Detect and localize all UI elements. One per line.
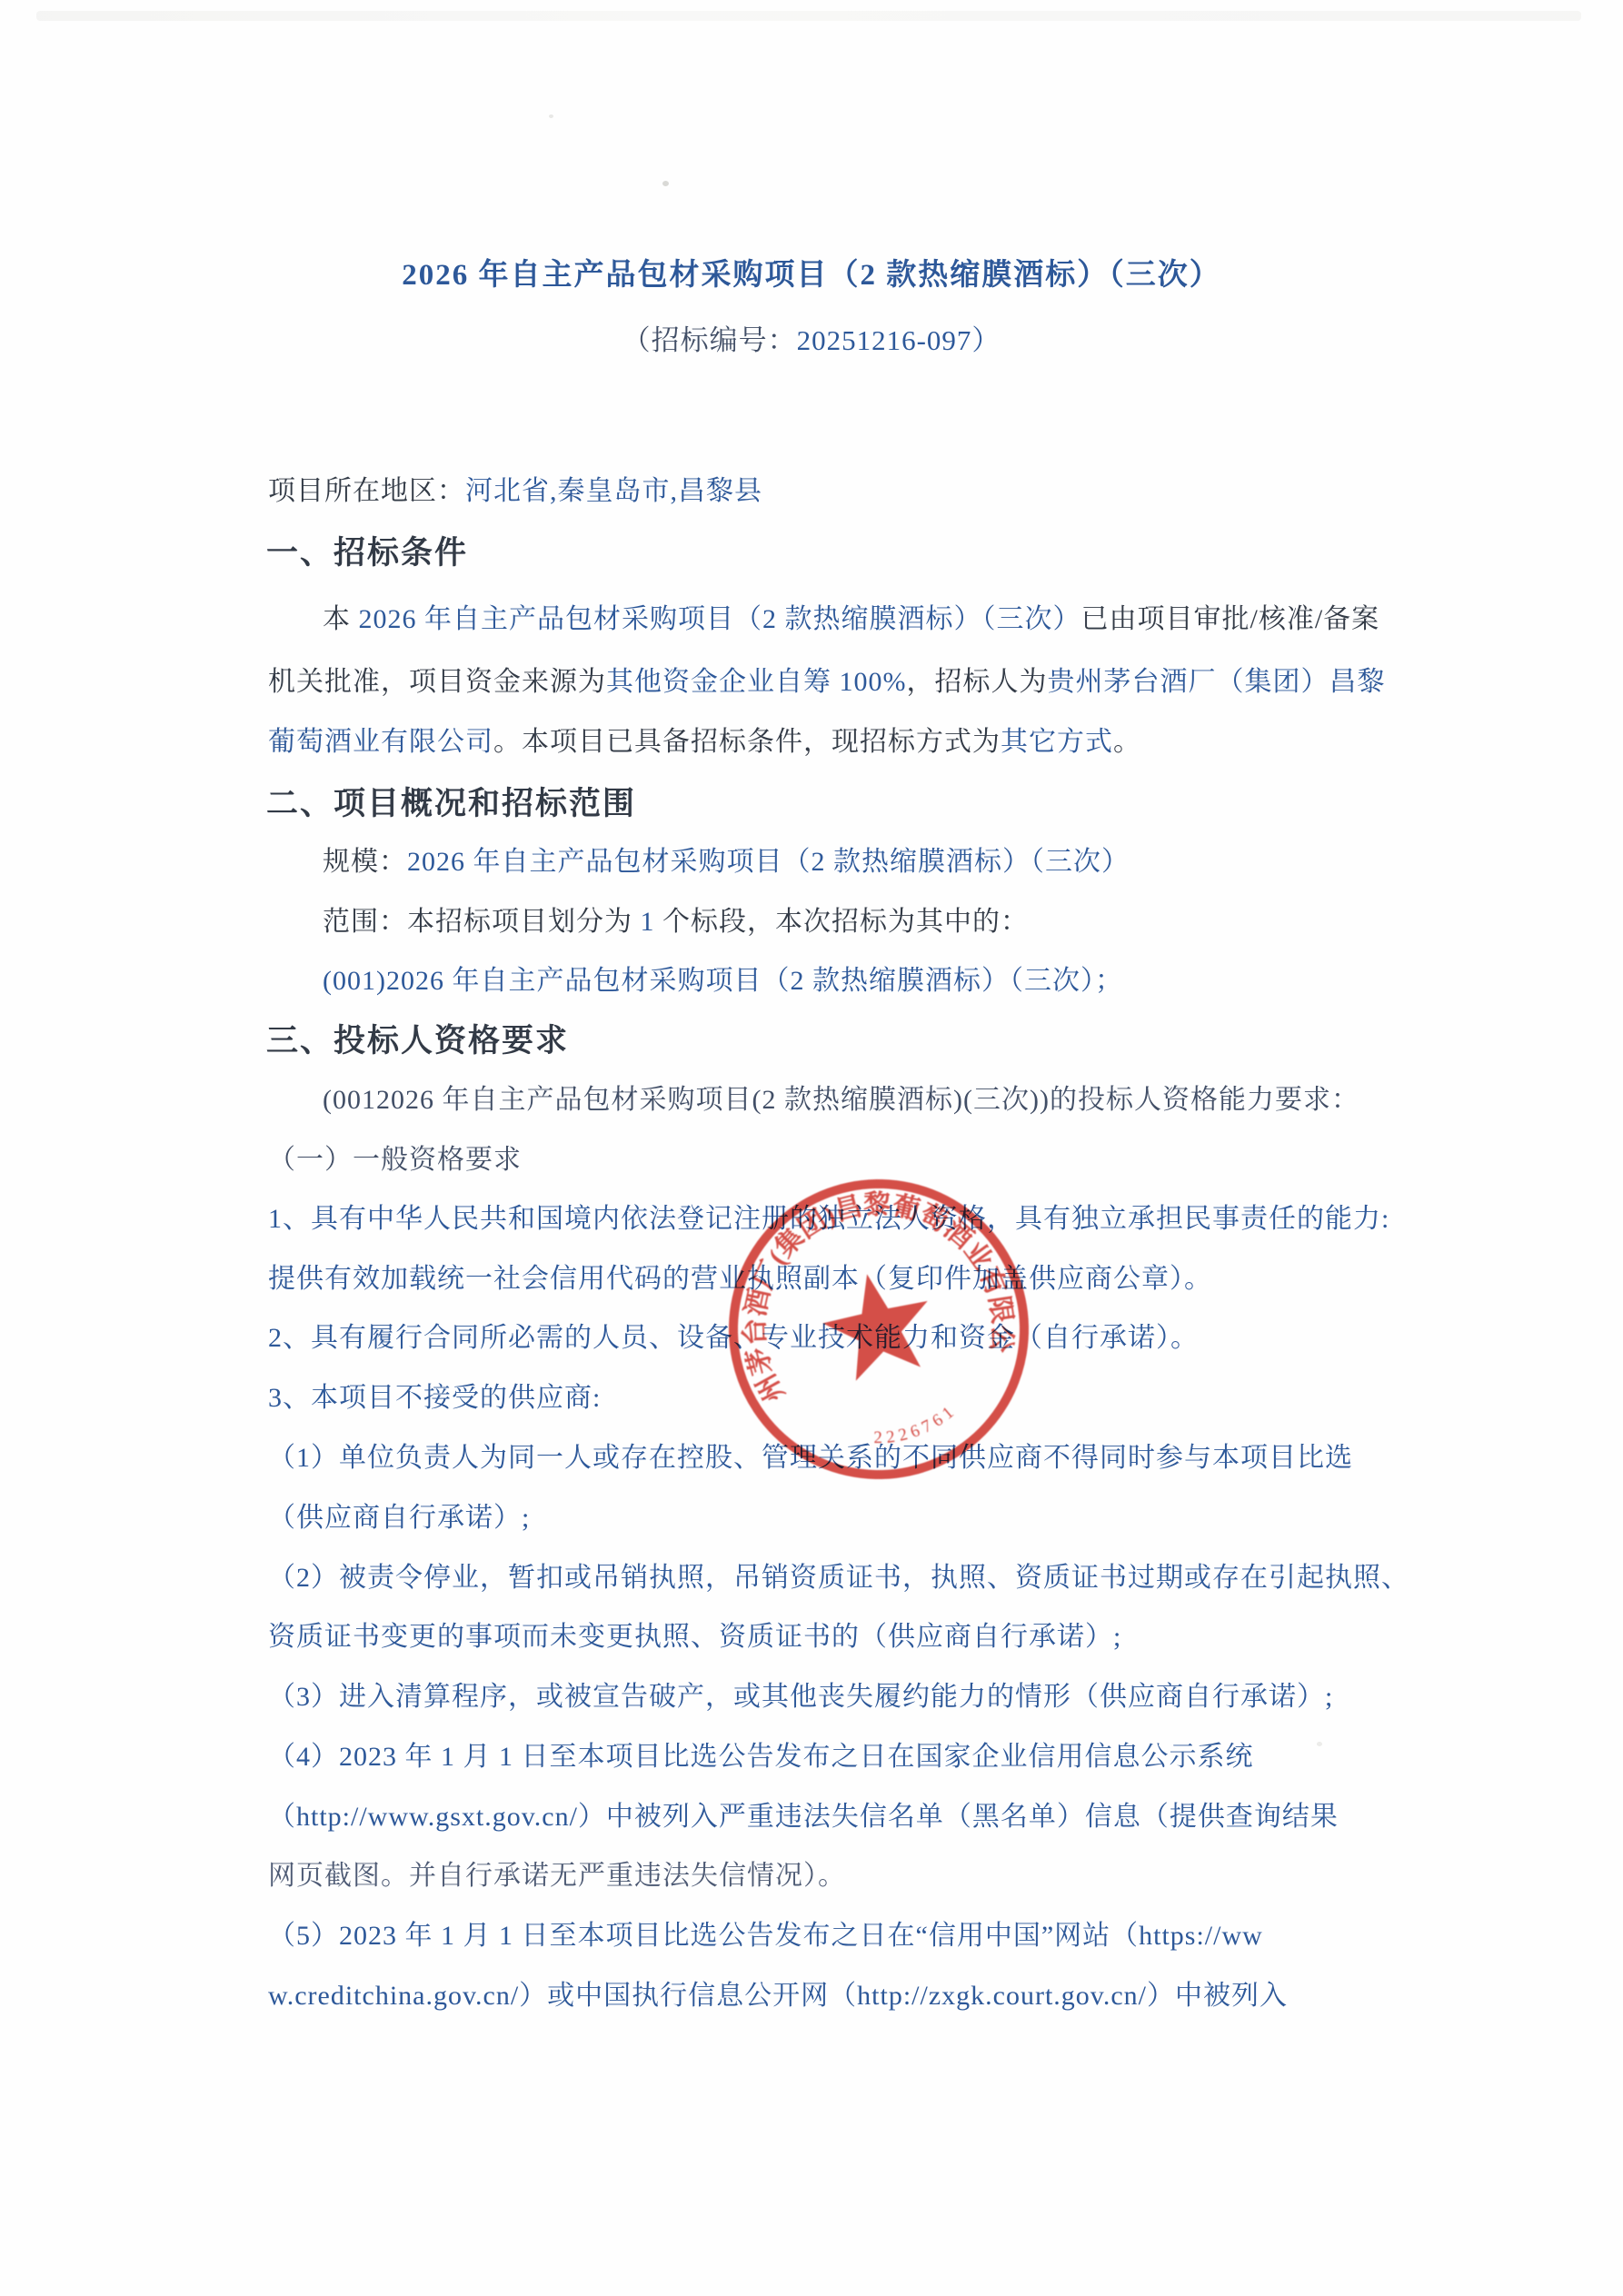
s3-general-heading-segment: （一）一般资格要求 <box>268 1145 522 1175</box>
section-2-heading-segment: 二、项目概况和招标范围 <box>266 786 636 821</box>
tender-number: （招标编号：20251216-097） <box>0 323 1623 357</box>
s3-general-heading: （一）一般资格要求 <box>268 1144 522 1177</box>
s1-line-2-segment: ，招标人为 <box>907 667 1048 697</box>
req-3: 3、本项目不接受的供应商: <box>268 1382 601 1415</box>
req-3-segment: 3、本项目不接受的供应商: <box>268 1383 601 1413</box>
scan-speck <box>549 114 553 118</box>
section-3-heading-segment: 三、投标人资格要求 <box>266 1023 569 1059</box>
section-3-heading: 三、投标人资格要求 <box>266 1022 569 1060</box>
req-3-2a-segment: （2）被责令停业，暂扣或吊销执照，吊销资质证书，执照、资质证书过期或存在引起执照… <box>268 1563 1409 1593</box>
s2-scope-segment: 1 <box>641 907 655 937</box>
s2-lot-001: (001)2026 年自主产品包材采购项目（2 款热缩膜酒标）（三次）； <box>323 965 1123 998</box>
s1-line-2: 机关批准，项目资金来源为其他资金企业自筹 100%，招标人为贵州茅台酒厂（集团）… <box>268 666 1386 699</box>
section-1-heading: 一、招标条件 <box>266 534 468 572</box>
s1-line-3-segment: 葡萄酒业有限公司 <box>268 727 493 757</box>
req-3-5a-segment: （5）2023 年 1 月 1 日至本项目比选公告发布之日在“信用中国”网站（h… <box>268 1921 1263 1951</box>
page: 2026 年自主产品包材采购项目（2 款热缩膜酒标）（三次）（招标编号：2025… <box>0 0 1623 2296</box>
s1-line-2-segment: 贵州茅台酒厂（集团）昌黎 <box>1048 667 1386 697</box>
section-1-heading-segment: 一、招标条件 <box>266 535 468 571</box>
doc-title: 2026 年自主产品包材采购项目（2 款热缩膜酒标）（三次） <box>0 258 1623 294</box>
s2-scale-segment: 2026 年自主产品包材采购项目（2 款热缩膜酒标）（三次） <box>407 847 1130 877</box>
scan-speck <box>1317 1742 1322 1746</box>
tender-number-segment: 20251216-097） <box>797 324 1001 356</box>
req-3-4b: （http://www.gsxt.gov.cn/）中被列入严重违法失信名单（黑名… <box>268 1801 1339 1834</box>
req-3-3: （3）进入清算程序，或被宣告破产，或其他丧失履约能力的情形（供应商自行承诺）; <box>268 1681 1333 1714</box>
req-3-4c-segment: 网页截图。并自行承诺无严重违法失信情况）。 <box>268 1861 846 1891</box>
req-3-2b-segment: 资质证书变更的事项而未变更执照、资质证书的（供应商自行承诺）; <box>268 1622 1121 1652</box>
req-3-2a: （2）被责令停业，暂扣或吊销执照，吊销资质证书，执照、资质证书过期或存在引起执照… <box>268 1562 1409 1595</box>
s2-scope-segment: 个标段，本次招标为其中的： <box>655 907 1030 937</box>
scan-speck <box>662 181 669 186</box>
tender-number-segment: （招标编号： <box>622 324 797 356</box>
project-location: 项目所在地区：河北省,秦皇岛市,昌黎县 <box>268 475 762 508</box>
project-location-segment: 河北省,秦皇岛市,昌黎县 <box>465 476 762 506</box>
s2-scale-segment: 规模： <box>323 847 407 877</box>
req-3-1b: （供应商自行承诺）; <box>268 1502 530 1535</box>
req-3-4c: 网页截图。并自行承诺无严重违法失信情况）。 <box>268 1860 846 1893</box>
req-3-4b-segment: （http://www.gsxt.gov.cn/）中被列入严重违法失信名单（黑名… <box>268 1802 1339 1832</box>
project-location-segment: 项目所在地区： <box>268 476 465 506</box>
s1-line-1: 本 2026 年自主产品包材采购项目（2 款热缩膜酒标）（三次）已由项目审批/核… <box>323 603 1379 636</box>
company-seal-stamp: 贵州茅台酒厂(集团)昌黎葡萄酒业有限公司 2226761 <box>695 1146 1061 1512</box>
s1-line-3-segment: 。本项目已具备招标条件，现招标方式为 <box>493 727 1001 757</box>
seal-serial-number: 2226761 <box>868 1398 965 1451</box>
req-3-5b: w.creditchina.gov.cn/）或中国执行信息公开网（http://… <box>268 1980 1288 2013</box>
doc-title-segment: 2026 年自主产品包材采购项目（2 款热缩膜酒标）（三次） <box>402 259 1221 292</box>
s1-line-1-segment: 2026 年自主产品包材采购项目（2 款热缩膜酒标）（三次） <box>359 604 1081 634</box>
section-2-heading: 二、项目概况和招标范围 <box>266 785 636 823</box>
s1-line-2-segment: 机关批准，项目资金来源为 <box>268 667 606 697</box>
req-3-3-segment: （3）进入清算程序，或被宣告破产，或其他丧失履约能力的情形（供应商自行承诺）; <box>268 1682 1333 1712</box>
req-3-5b-segment: w.creditchina.gov.cn/）或中国执行信息公开网（http://… <box>268 1981 1288 2011</box>
req-3-4a: （4）2023 年 1 月 1 日至本项目比选公告发布之日在国家企业信用信息公示… <box>268 1741 1254 1774</box>
s2-lot-001-segment: (001)2026 年自主产品包材采购项目（2 款热缩膜酒标）（三次）； <box>323 966 1123 996</box>
s1-line-3: 葡萄酒业有限公司。本项目已具备招标条件，现招标方式为其它方式。 <box>268 726 1141 759</box>
s1-line-3-segment: 其它方式 <box>1001 727 1113 757</box>
s2-scope-segment: 范围：本招标项目划分为 <box>323 907 641 937</box>
s2-scale: 规模：2026 年自主产品包材采购项目（2 款热缩膜酒标）（三次） <box>323 846 1130 879</box>
s1-line-1-segment: 已由项目审批/核准/备案 <box>1081 604 1380 634</box>
s1-line-1-segment: 本 <box>323 604 359 634</box>
red-star-icon <box>814 1263 941 1385</box>
s1-line-3-segment: 。 <box>1113 727 1141 757</box>
s3-intro-segment: (0012026 年自主产品包材采购项目(2 款热缩膜酒标)(三次))的投标人资… <box>323 1085 1359 1115</box>
s3-intro: (0012026 年自主产品包材采购项目(2 款热缩膜酒标)(三次))的投标人资… <box>323 1084 1359 1117</box>
req-3-5a: （5）2023 年 1 月 1 日至本项目比选公告发布之日在“信用中国”网站（h… <box>268 1920 1263 1953</box>
req-3-1b-segment: （供应商自行承诺）; <box>268 1503 530 1533</box>
s1-line-2-segment: 其他资金企业自筹 100% <box>606 667 907 697</box>
req-3-4a-segment: （4）2023 年 1 月 1 日至本项目比选公告发布之日在国家企业信用信息公示… <box>268 1742 1254 1772</box>
scan-streak-artifact <box>36 11 1581 21</box>
s2-scope: 范围：本招标项目划分为 1 个标段，本次招标为其中的： <box>323 906 1029 939</box>
req-3-2b: 资质证书变更的事项而未变更执照、资质证书的（供应商自行承诺）; <box>268 1621 1121 1654</box>
